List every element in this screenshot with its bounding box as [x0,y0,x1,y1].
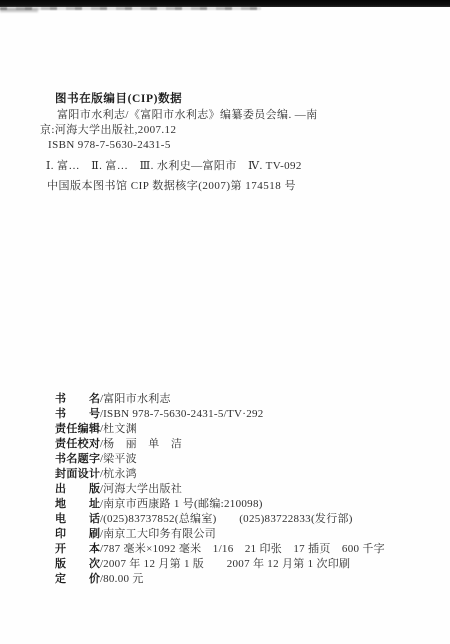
colophon-value: 南京工大印务有限公司 [103,528,216,540]
colophon-label: 书名题字 [55,452,100,467]
colophon-label: 版次 [55,557,100,572]
colophon-row: 责任编辑/杜文渊 [55,422,385,437]
colophon-row: 开本/787 毫米×1092 毫米 1/16 21 印张 17 插页 600 千… [55,542,385,557]
colophon-label: 封面设计 [55,467,100,482]
colophon-label: 开本 [55,542,100,557]
colophon-label: 电话 [55,512,100,527]
colophon-label: 定价 [55,572,100,587]
book-copyright-page: 图书在版编目(CIP)数据 富阳市水利志/《富阳市水利志》编纂委员会编. —南 … [0,0,450,644]
cip-record-number: 中国版本图书馆 CIP 数据核字(2007)第 174518 号 [47,177,296,193]
colophon-label: 书号 [55,407,100,422]
colophon-value: 787 毫米×1092 毫米 1/16 21 印张 17 插页 600 千字 [103,543,385,555]
colophon-row: 书名题字/梁平波 [55,452,385,467]
colophon-label: 责任校对 [55,437,100,452]
colophon-label: 责任编辑 [55,422,100,437]
colophon-row: 版次/2007 年 12 月第 1 版 2007 年 12 月第 1 次印刷 [55,557,385,572]
colophon-row: 书名/富阳市水利志 [55,392,385,407]
colophon-row: 定价/80.00 元 [55,572,385,587]
colophon-value: 杜文渊 [103,423,137,435]
colophon-row: 书号/ISBN 978-7-5630-2431-5/TV·292 [55,407,385,422]
cip-description-line: 京:河海大学出版社,2007.12 [40,123,340,138]
colophon-label: 印刷 [55,527,100,542]
colophon-label: 地址 [55,497,100,512]
colophon-row: 地址/南京市西康路 1 号(邮编:210098) [55,497,385,512]
colophon-value: (025)83737852(总编室) (025)83722833(发行部) [103,513,353,525]
cip-description-line: 富阳市水利志/《富阳市水利志》编纂委员会编. —南 [40,108,340,123]
colophon-row: 印刷/南京工大印务有限公司 [55,527,385,542]
cip-heading: 图书在版编目(CIP)数据 [55,90,182,106]
colophon-value: 80.00 元 [103,573,144,585]
colophon-value: ISBN 978-7-5630-2431-5/TV·292 [103,408,264,420]
cip-classification: Ⅰ. 富… Ⅱ. 富… Ⅲ. 水利史—富阳市 Ⅳ. TV-092 [46,157,302,173]
colophon-value: 杨 丽 单 洁 [103,438,182,450]
colophon-value: 杭永鸿 [103,468,137,480]
colophon-row: 责任校对/杨 丽 单 洁 [55,437,385,452]
colophon-row: 出版/河海大学出版社 [55,482,385,497]
scan-edge-artifact [0,0,450,7]
isbn-line: ISBN 978-7-5630-2431-5 [40,138,340,153]
colophon-row: 封面设计/杭永鸿 [55,467,385,482]
colophon-value: 梁平波 [103,453,137,465]
colophon-value: 河海大学出版社 [103,483,182,495]
scan-smudge-artifact [0,8,38,12]
cip-description: 富阳市水利志/《富阳市水利志》编纂委员会编. —南 京:河海大学出版社,2007… [40,108,340,153]
colophon-value: 2007 年 12 月第 1 版 2007 年 12 月第 1 次印刷 [103,558,350,570]
colophon-value: 南京市西康路 1 号(邮编:210098) [103,498,263,510]
colophon-value: 富阳市水利志 [103,393,171,405]
colophon-block: 书名/富阳市水利志 书号/ISBN 978-7-5630-2431-5/TV·2… [55,392,385,587]
colophon-label: 出版 [55,482,100,497]
colophon-label: 书名 [55,392,100,407]
colophon-row: 电话/(025)83737852(总编室) (025)83722833(发行部) [55,512,385,527]
